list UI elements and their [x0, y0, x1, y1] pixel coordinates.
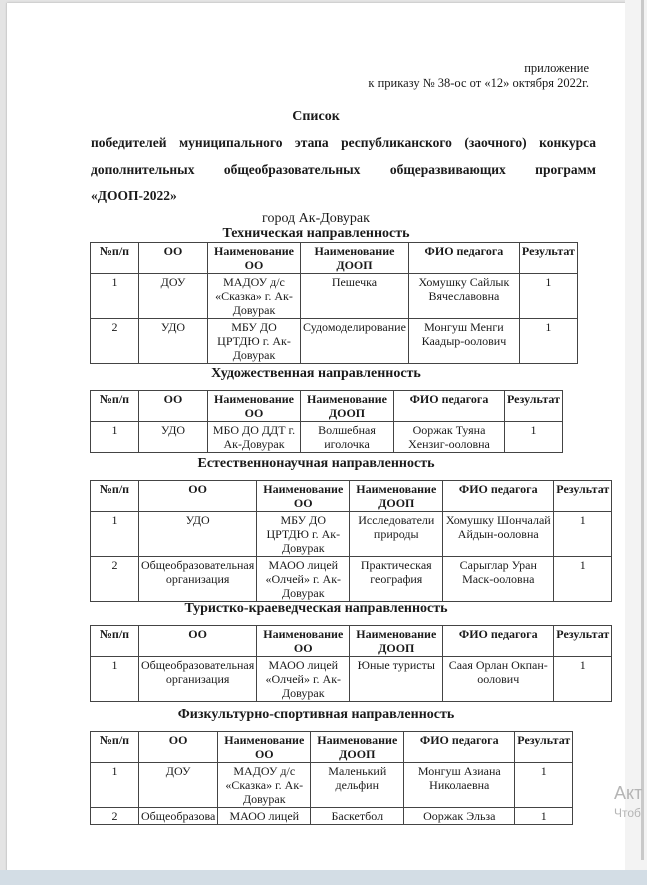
table-row: 1УДОМБУ ДО ЦРТДЮ г. Ак-ДовуракИсследоват… [91, 512, 612, 557]
column-header: Наименование ДООП [350, 626, 443, 657]
winners-table: №п/пООНаименование ООНаименование ДООПФИ… [90, 390, 563, 453]
column-header: №п/п [91, 243, 139, 274]
column-header: Наименование ОО [218, 732, 311, 763]
table-cell: МАОО лицей «Олчей» г. Ак-Довурак [257, 557, 350, 602]
table-cell: 1 [91, 274, 139, 319]
table-cell: 1 [519, 274, 577, 319]
table-cell: 1 [554, 512, 612, 557]
table-cell: 2 [91, 808, 139, 825]
column-header: Результат [554, 481, 612, 512]
column-header: ФИО педагога [394, 391, 505, 422]
table-cell: МБУ ДО ЦРТДЮ г. Ак-Довурак [208, 319, 301, 364]
table-cell: 1 [554, 657, 612, 702]
winners-table: №п/пООНаименование ООНаименование ДООПФИ… [90, 480, 612, 602]
column-header: №п/п [91, 391, 139, 422]
table-cell: Общеобразовательная организация [139, 657, 257, 702]
table-cell: УДО [139, 422, 208, 453]
table-cell: Монгуш Азиана Николаевна [404, 763, 515, 808]
column-header: Результат [505, 391, 563, 422]
table-row: 2УДОМБУ ДО ЦРТДЮ г. Ак-ДовуракСудомодели… [91, 319, 578, 364]
table-cell: Юные туристы [350, 657, 443, 702]
winners-table: №п/пООНаименование ООНаименование ДООПФИ… [90, 731, 573, 825]
column-header: Наименование ДООП [350, 481, 443, 512]
column-header: Наименование ОО [208, 243, 301, 274]
column-header: ОО [139, 243, 208, 274]
document-page: приложение к приказу № 38-ос от «12» окт… [6, 3, 625, 871]
column-header: ОО [139, 732, 218, 763]
section-title: Естественнонаучная направленность [7, 456, 625, 472]
column-header: Наименование ДООП [301, 391, 394, 422]
table-cell: МБО ДО ДДТ г. Ак-Довурак [208, 422, 301, 453]
table-cell: 2 [91, 319, 139, 364]
column-header: ФИО педагога [443, 626, 554, 657]
table-cell: Общеобразовательная организация [139, 557, 257, 602]
table-cell: ДОУ [139, 274, 208, 319]
table-row: 1ДОУМАДОУ д/с «Сказка» г. Ак-ДовуракМале… [91, 763, 573, 808]
table-cell: Судомоделирование [301, 319, 409, 364]
table-header-row: №п/пООНаименование ООНаименование ДООПФИ… [91, 391, 563, 422]
column-header: Результат [554, 626, 612, 657]
column-header: ОО [139, 626, 257, 657]
table-cell: МАОО лицей [218, 808, 311, 825]
column-header: Наименование ДООП [311, 732, 404, 763]
subtitle-line-2: дополнительных общеобразовательных общер… [91, 158, 596, 182]
table-cell: МАДОУ д/с «Сказка» г. Ак-Довурак [218, 763, 311, 808]
column-header: ФИО педагога [408, 243, 519, 274]
table-cell: Общеобразова [139, 808, 218, 825]
table-cell: МАДОУ д/с «Сказка» г. Ак-Довурак [208, 274, 301, 319]
table-row: 2Общеобразовательная организацияМАОО лиц… [91, 557, 612, 602]
document-title: Список [7, 109, 625, 125]
subtitle-line-1: победителей муниципального этапа республ… [91, 131, 596, 155]
column-header: Наименование ОО [257, 626, 350, 657]
column-header: ФИО педагога [443, 481, 554, 512]
table-cell: 1 [515, 763, 573, 808]
table-cell: Ооржак Эльза [404, 808, 515, 825]
table-cell: Пешечка [301, 274, 409, 319]
activation-watermark-line1: Акт [614, 783, 642, 804]
column-header: Наименование ОО [208, 391, 301, 422]
column-header: Наименование ОО [257, 481, 350, 512]
table-cell: 1 [91, 763, 139, 808]
table-cell: Хомушку Шончалай Айдын-ооловна [443, 512, 554, 557]
table-cell: 2 [91, 557, 139, 602]
column-header: Результат [515, 732, 573, 763]
vertical-scrollbar[interactable] [625, 0, 647, 885]
table-cell: 1 [91, 422, 139, 453]
table-cell: 1 [515, 808, 573, 825]
column-header: ОО [139, 481, 257, 512]
order-reference: к приказу № 38-ос от «12» октября 2022г. [368, 76, 589, 91]
column-header: №п/п [91, 481, 139, 512]
section-title: Физкультурно-спортивная направленность [7, 707, 625, 723]
table-cell: Исследователи природы [350, 512, 443, 557]
table-header-row: №п/пООНаименование ООНаименование ДООПФИ… [91, 732, 573, 763]
table-cell: УДО [139, 512, 257, 557]
table-cell: 1 [91, 512, 139, 557]
table-row: 1УДОМБО ДО ДДТ г. Ак-ДовуракВолшебная иг… [91, 422, 563, 453]
table-cell: Волшебная иголочка [301, 422, 394, 453]
table-row: 1Общеобразовательная организацияМАОО лиц… [91, 657, 612, 702]
city-label: город Ак-Довурак [7, 211, 625, 227]
column-header: ФИО педагога [404, 732, 515, 763]
appendix-label: приложение [368, 61, 589, 76]
table-cell: УДО [139, 319, 208, 364]
section-title: Техническая направленность [7, 226, 625, 242]
table-cell: 1 [519, 319, 577, 364]
activation-watermark-line2: Чтоб [614, 806, 641, 820]
table-cell: Ооржак Туяна Хензиг-ооловна [394, 422, 505, 453]
table-header-row: №п/пООНаименование ООНаименование ДООПФИ… [91, 481, 612, 512]
table-cell: Маленький дельфин [311, 763, 404, 808]
section-title: Туристко-краеведческая направленность [7, 601, 625, 617]
table-cell: 1 [505, 422, 563, 453]
table-cell: МАОО лицей «Олчей» г. Ак-Довурак [257, 657, 350, 702]
table-header-row: №п/пООНаименование ООНаименование ДООПФИ… [91, 243, 578, 274]
section-title: Художественная направленность [7, 366, 625, 382]
table-cell: Саая Орлан Окпан-оолович [443, 657, 554, 702]
table-cell: Сарыглар Уран Маск-ооловна [443, 557, 554, 602]
table-cell: 1 [91, 657, 139, 702]
subtitle-line-3: «ДООП-2022» [91, 184, 596, 208]
table-cell: Практическая география [350, 557, 443, 602]
table-cell: 1 [554, 557, 612, 602]
column-header: №п/п [91, 732, 139, 763]
table-row: 1ДОУМАДОУ д/с «Сказка» г. Ак-ДовуракПеше… [91, 274, 578, 319]
table-cell: ДОУ [139, 763, 218, 808]
table-cell: Баскетбол [311, 808, 404, 825]
winners-table: №п/пООНаименование ООНаименование ДООПФИ… [90, 625, 612, 702]
table-cell: Монгуш Менги Каадыр-оолович [408, 319, 519, 364]
table-header-row: №п/пООНаименование ООНаименование ДООПФИ… [91, 626, 612, 657]
winners-table: №п/пООНаименование ООНаименование ДООПФИ… [90, 242, 578, 364]
column-header: Наименование ДООП [301, 243, 409, 274]
appendix-header: приложение к приказу № 38-ос от «12» окт… [368, 61, 589, 91]
bottom-panel [0, 870, 647, 885]
table-cell: Хомушку Сайлык Вячеславовна [408, 274, 519, 319]
column-header: №п/п [91, 626, 139, 657]
table-cell: МБУ ДО ЦРТДЮ г. Ак-Довурак [257, 512, 350, 557]
column-header: ОО [139, 391, 208, 422]
column-header: Результат [519, 243, 577, 274]
table-row: 2ОбщеобразоваМАОО лицейБаскетболОоржак Э… [91, 808, 573, 825]
